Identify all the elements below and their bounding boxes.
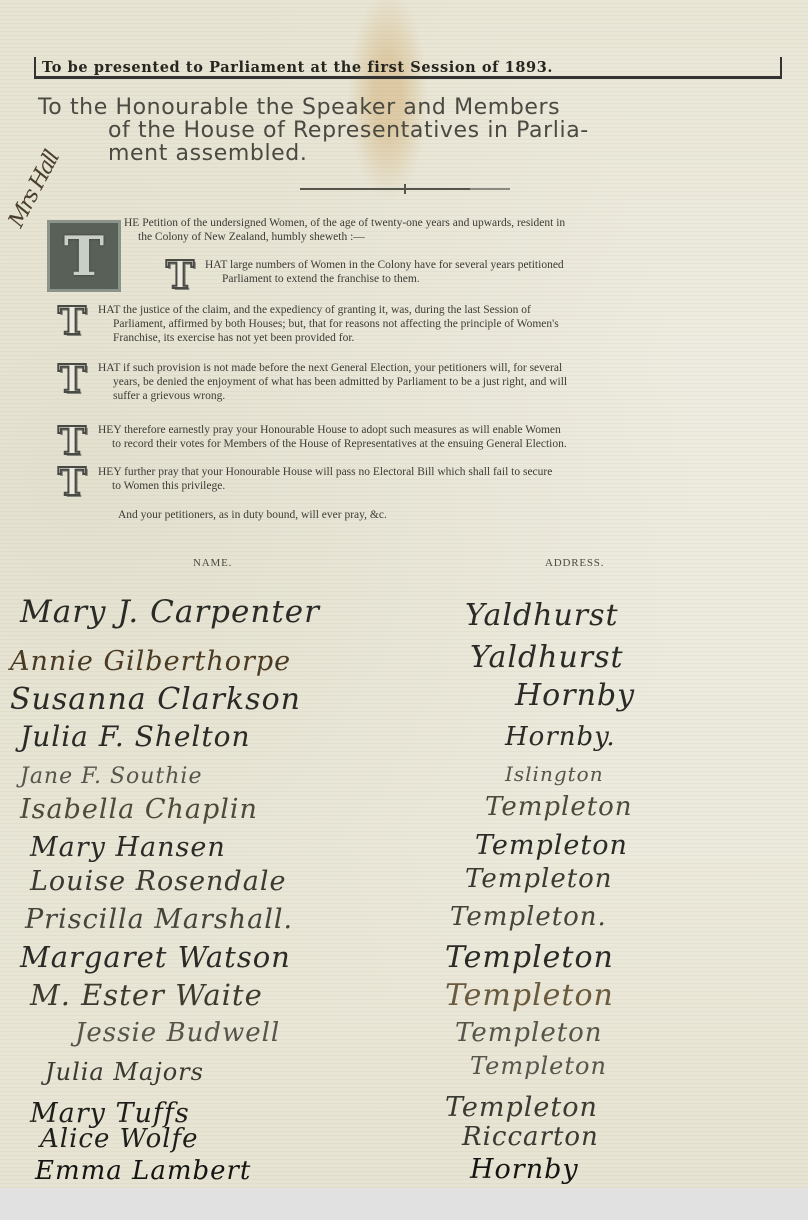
clause-3-line-3: suffer a grievous wrong. [113,390,713,403]
address-column-header: ADDRESS. [545,557,604,569]
signature-address: Hornby [515,678,635,713]
clause-2-line-3: Franchise, its exercise has not yet been… [113,332,713,345]
viewer-bottom-strip [0,1188,808,1220]
signature-name: Louise Rosendale [30,866,286,897]
signature-address: Templeton [470,1052,607,1080]
dropcap-t-icon: T [48,423,96,459]
ornamental-rule-tail [470,188,510,190]
signature-address: Templeton [445,1092,598,1123]
signature-address: Hornby. [505,722,616,752]
signature-address: Templeton [445,940,614,975]
signature-address: Templeton [465,864,613,894]
signature-name: Jessie Budwell [75,1018,280,1048]
petition-document: To be presented to Parliament at the fir… [0,0,808,1188]
ornamental-rule [300,188,496,190]
name-column-header: NAME. [193,557,232,569]
ornate-dropcap-icon: T [47,220,121,292]
preamble-line-1: HE Petition of the undersigned Women, of… [124,217,774,230]
address-line-3: ment assembled. [38,142,778,165]
signature-address: Hornby [470,1154,579,1185]
signature-name: Priscilla Marshall. [25,904,293,935]
signature-name: Alice Wolfe [40,1124,199,1154]
signature-name: Mary Hansen [30,832,226,863]
signature-name: M. Ester Waite [30,978,263,1012]
clause-3-line-2: years, be denied the enjoyment of what h… [113,376,770,389]
clause-5-line-1: HEY further pray that your Honourable Ho… [98,466,770,479]
clause-4-line-2: to record their votes for Members of the… [112,438,770,451]
address-line-2: of the House of Representatives in Parli… [38,119,778,142]
signature-name: Mary J. Carpenter [20,594,320,630]
dropcap-t-icon: T [48,361,96,397]
clause-1-line-2: Parliament to extend the franchise to th… [222,273,762,286]
address-heading: To the Honourable the Speaker and Member… [38,96,778,165]
clause-2-line-1: HAT the justice of the claim, and the ex… [98,304,770,317]
dropcap-t-icon: T [48,303,96,339]
signature-address: Templeton [485,792,633,822]
signature-address: Yaldhurst [465,598,619,633]
clause-1-line-1: HAT large numbers of Women in the Colony… [205,259,771,272]
signature-address: Yaldhurst [470,640,624,675]
clause-4-line-1: HEY therefore earnestly pray your Honour… [98,424,770,437]
signature-name: Isabella Chaplin [20,794,258,825]
signature-name: Susanna Clarkson [10,682,301,717]
signature-name: Annie Gilberthorpe [10,646,291,677]
dropcap-t-icon: T [48,464,96,500]
signature-address: Templeton. [450,902,607,932]
signature-name: Julia F. Shelton [20,720,251,753]
signature-address: Templeton [445,978,614,1013]
signature-address: Riccarton [462,1122,599,1152]
session-banner: To be presented to Parliament at the fir… [34,57,782,79]
address-line-1: To the Honourable the Speaker and Member… [38,96,778,119]
preamble-line-2: the Colony of New Zealand, humbly shewet… [138,231,738,244]
signature-name: Emma Lambert [35,1156,251,1186]
clause-2-line-2: Parliament, affirmed by both Houses; but… [113,318,770,331]
signature-name: Julia Majors [45,1058,204,1086]
signature-name: Jane F. Southie [20,764,203,789]
signature-name: Margaret Watson [20,940,291,974]
dropcap-t-icon: T [156,257,204,293]
clause-5-line-2: to Women this privilege. [112,480,712,493]
clause-3-line-1: HAT if such provision is not made before… [98,362,770,375]
closing-line: And your petitioners, as in duty bound, … [118,509,618,522]
signature-address: Templeton [475,830,628,861]
signature-address: Templeton [455,1018,603,1048]
signature-address: Islington [505,762,604,786]
